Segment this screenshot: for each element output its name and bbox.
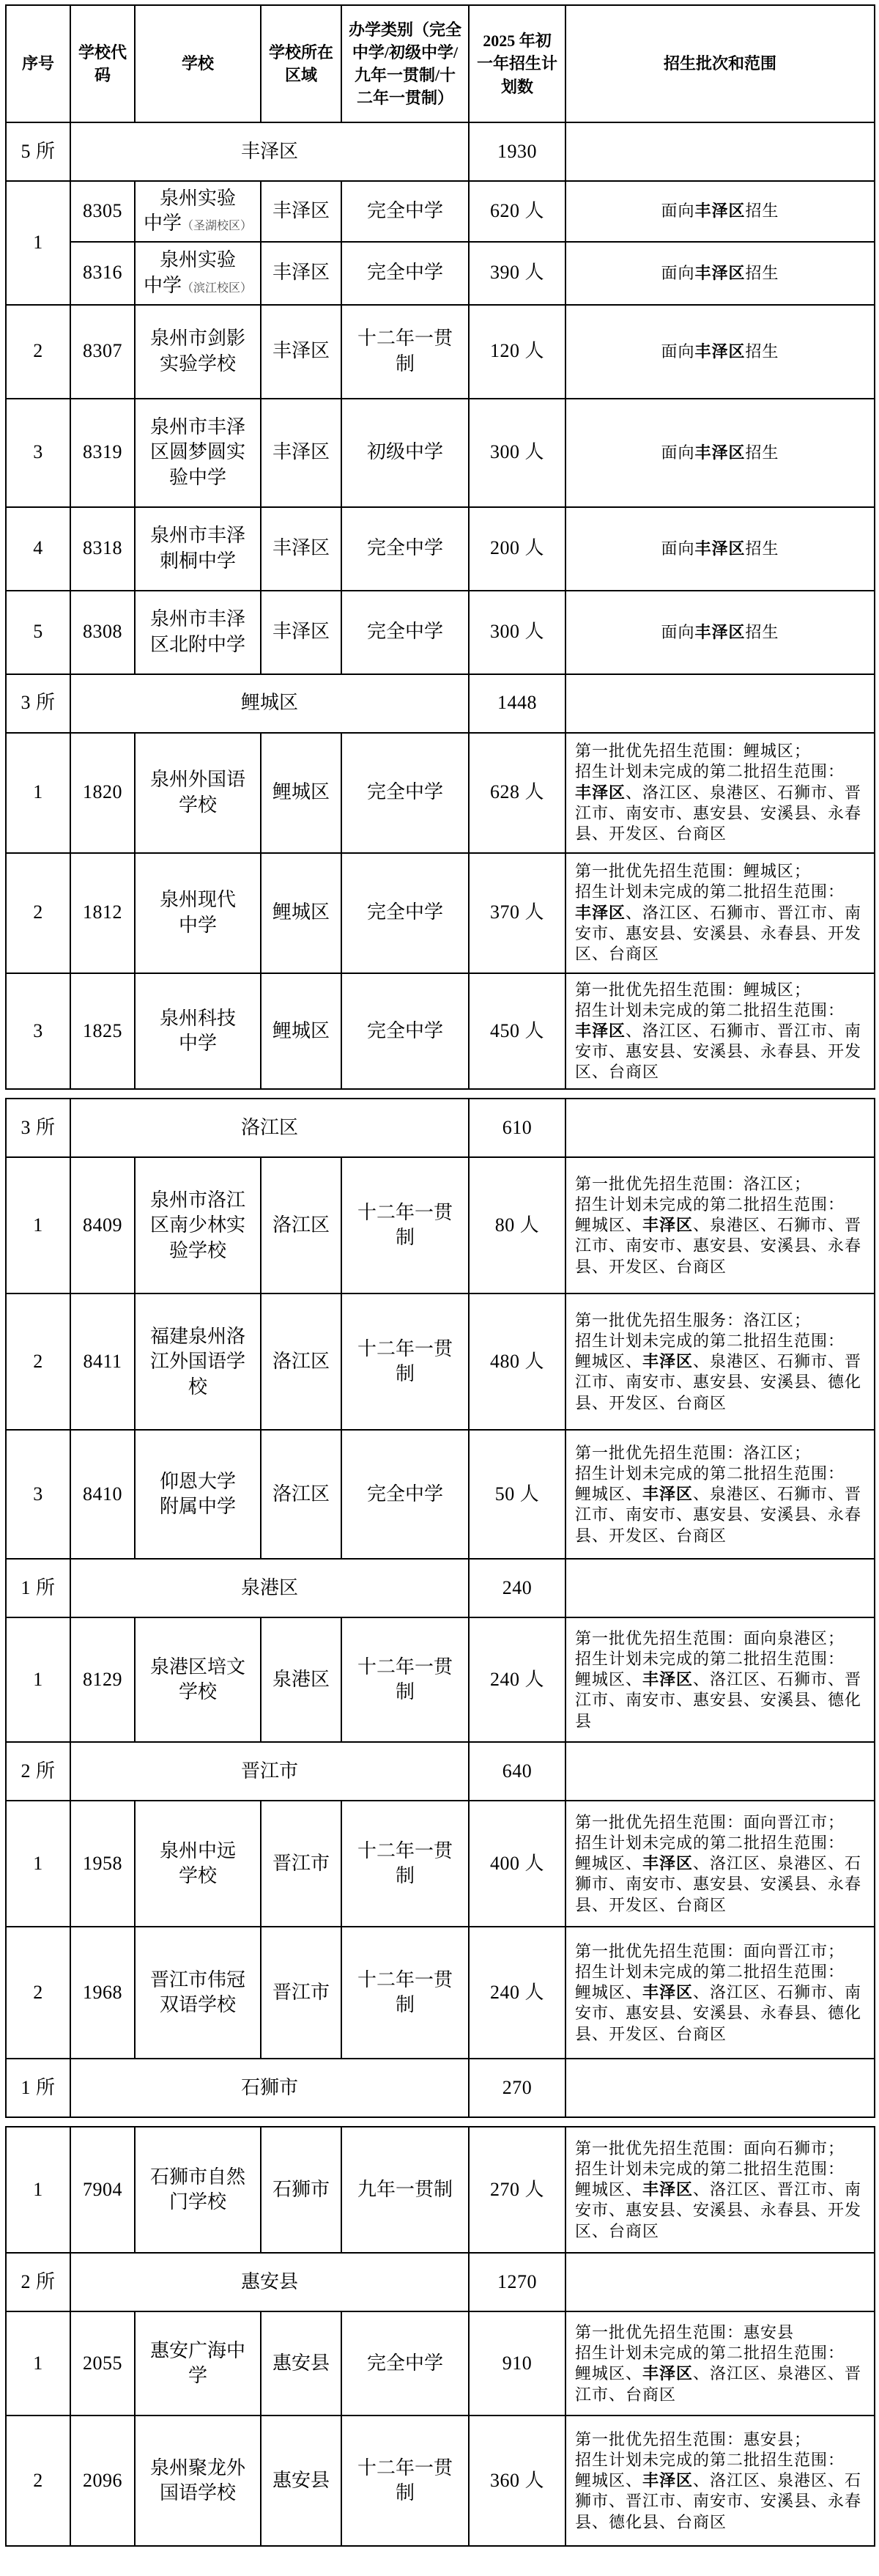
school-code: 1968 — [70, 1927, 135, 2059]
section-total-plan: 240 — [469, 1559, 565, 1617]
school-row: 21812泉州现代 中学鲤城区完全中学370 人第一批优先招生范围：鲤城区； 招… — [6, 853, 875, 973]
school-row: 58308泉州市丰泽 区北附中学丰泽区完全中学300 人面向丰泽区招生 — [6, 591, 875, 674]
school-cell: 泉州科技 中学 — [135, 973, 261, 1090]
school-row: 8316泉州实验 中学（滨江校区）丰泽区完全中学390 人面向丰泽区招生 — [6, 242, 875, 305]
school-region: 丰泽区 — [261, 242, 341, 305]
admission-scope: 第一批优先招生范围：面向晋江市； 招生计划未完成的第二批招生范围： 鲤城区、丰泽… — [565, 1801, 875, 1927]
section-school-count: 2 所 — [6, 1742, 70, 1801]
row-seq: 3 — [6, 973, 70, 1090]
school-region: 惠安县 — [261, 2416, 341, 2546]
row-seq: 4 — [6, 507, 70, 591]
plan-count: 270 人 — [469, 2127, 565, 2253]
school-code: 8409 — [70, 1157, 135, 1293]
school-region: 鲤城区 — [261, 973, 341, 1090]
plan-count: 300 人 — [469, 399, 565, 507]
row-seq: 3 — [6, 399, 70, 507]
section-region: 晋江市 — [70, 1742, 469, 1801]
scope-bold-region: 丰泽区 — [694, 539, 745, 558]
row-seq: 1 — [6, 1157, 70, 1293]
school-name: 泉州科技 中学 — [160, 1008, 236, 1054]
column-header: 招生批次和范围 — [565, 5, 875, 122]
scope-bold-region: 丰泽区 — [694, 443, 745, 462]
school-region: 鲤城区 — [261, 853, 341, 973]
scope-bold-region: 丰泽区 — [642, 1854, 693, 1872]
column-header: 学校所在区域 — [261, 5, 341, 122]
school-cell: 泉州中远 学校 — [135, 1801, 261, 1927]
school-code: 8410 — [70, 1430, 135, 1559]
school-region: 丰泽区 — [261, 399, 341, 507]
school-name: 泉州中远 学校 — [160, 1840, 236, 1886]
school-category: 完全中学 — [341, 507, 469, 591]
school-category: 九年一贯制 — [341, 2127, 469, 2253]
school-row: 38319泉州市丰泽 区圆梦圆实 验中学丰泽区初级中学300 人面向丰泽区招生 — [6, 399, 875, 507]
row-seq: 2 — [6, 853, 70, 973]
admission-scope: 第一批优先招生范围：面向晋江市； 招生计划未完成的第二批招生范围： 鲤城区、丰泽… — [565, 1927, 875, 2059]
plan-count: 200 人 — [469, 507, 565, 591]
admission-scope: 第一批优先招生范围：洛江区； 招生计划未完成的第二批招生范围： 鲤城区、丰泽区、… — [565, 1157, 875, 1293]
section-summary-row: 5 所丰泽区1930 — [6, 122, 875, 181]
school-category: 十二年一贯 制 — [341, 1617, 469, 1742]
section-region: 丰泽区 — [70, 122, 469, 181]
school-region: 丰泽区 — [261, 507, 341, 591]
table-block-3: 17904石狮市自然 门学校石狮市九年一贯制270 人第一批优先招生范围：面向石… — [5, 2126, 875, 2547]
scope-bold-region: 丰泽区 — [642, 2471, 693, 2490]
table-block-2: 3 所洛江区61018409泉州市洛江 区南少林实 验学校洛江区十二年一贯 制8… — [5, 1098, 875, 2118]
stitch-gap — [5, 1090, 879, 1098]
plan-count: 240 人 — [469, 1927, 565, 2059]
scope-bold-region: 丰泽区 — [642, 1485, 693, 1503]
admission-scope: 第一批优先招生范围：面向石狮市； 招生计划未完成的第二批招生范围： 鲤城区、丰泽… — [565, 2127, 875, 2253]
section-school-count: 1 所 — [6, 1559, 70, 1617]
school-name: 仰恩大学 附属中学 — [160, 1471, 236, 1517]
admission-scope: 第一批优先招生范围：鲤城区； 招生计划未完成的第二批招生范围： 丰泽区、洛江区、… — [565, 973, 875, 1090]
school-cell: 泉州市洛江 区南少林实 验学校 — [135, 1157, 261, 1293]
school-cell: 泉州外国语 学校 — [135, 733, 261, 853]
school-cell: 泉州聚龙外 国语学校 — [135, 2416, 261, 2546]
school-cell: 惠安广海中 学 — [135, 2311, 261, 2416]
table-body-3: 17904石狮市自然 门学校石狮市九年一贯制270 人第一批优先招生范围：面向石… — [6, 2127, 875, 2546]
section-school-count: 2 所 — [6, 2253, 70, 2311]
school-code: 2055 — [70, 2311, 135, 2416]
school-cell: 泉州市丰泽 区北附中学 — [135, 591, 261, 674]
school-category: 完全中学 — [341, 181, 469, 242]
admission-scope: 面向丰泽区招生 — [565, 507, 875, 591]
school-campus-note: （圣湖校区） — [182, 220, 252, 232]
school-category: 完全中学 — [341, 733, 469, 853]
school-category: 十二年一贯 制 — [341, 1927, 469, 2059]
plan-count: 300 人 — [469, 591, 565, 674]
school-code: 1958 — [70, 1801, 135, 1927]
section-total-plan: 1270 — [469, 2253, 565, 2311]
row-seq: 1 — [6, 1801, 70, 1927]
school-region: 鲤城区 — [261, 733, 341, 853]
school-name: 晋江市伟冠 双语学校 — [150, 1969, 245, 2015]
scope-bold-region: 丰泽区 — [694, 202, 745, 220]
section-total-plan: 1930 — [469, 122, 565, 181]
plan-count: 120 人 — [469, 305, 565, 399]
table-header: 序号学校代码学校学校所在区域办学类别（完全中学/初级中学/九年一贯制/十二年一贯… — [6, 5, 875, 122]
section-scope-empty — [565, 674, 875, 733]
school-cell: 仰恩大学 附属中学 — [135, 1430, 261, 1559]
plan-count: 370 人 — [469, 853, 565, 973]
school-code: 7904 — [70, 2127, 135, 2253]
school-name: 泉州市丰泽 刺桐中学 — [150, 525, 245, 571]
plan-count: 450 人 — [469, 973, 565, 1090]
admission-scope: 第一批优先招生服务：洛江区； 招生计划未完成的第二批招生范围： 鲤城区、丰泽区、… — [565, 1293, 875, 1430]
plan-count: 360 人 — [469, 2416, 565, 2546]
admission-scope: 第一批优先招生范围：惠安县； 招生计划未完成的第二批招生范围： 鲤城区、丰泽区、… — [565, 2416, 875, 2546]
school-name: 泉州聚龙外 国语学校 — [150, 2457, 245, 2503]
section-school-count: 3 所 — [6, 674, 70, 733]
school-region: 丰泽区 — [261, 591, 341, 674]
school-name: 泉州市丰泽 区北附中学 — [150, 608, 245, 654]
scope-bold-region: 丰泽区 — [694, 342, 745, 361]
plan-count: 240 人 — [469, 1617, 565, 1742]
school-category: 完全中学 — [341, 973, 469, 1090]
scope-bold-region: 丰泽区 — [642, 1670, 693, 1689]
scope-bold-region: 丰泽区 — [575, 783, 626, 802]
row-seq: 1 — [6, 1617, 70, 1742]
admission-scope: 第一批优先招生范围：鲤城区； 招生计划未完成的第二批招生范围： 丰泽区、洛江区、… — [565, 853, 875, 973]
school-cell: 泉州实验 中学（滨江校区） — [135, 242, 261, 305]
school-region: 晋江市 — [261, 1801, 341, 1927]
scope-bold-region: 丰泽区 — [642, 1352, 693, 1370]
school-region: 洛江区 — [261, 1157, 341, 1293]
school-code: 2096 — [70, 2416, 135, 2546]
school-cell: 泉州市剑影 实验学校 — [135, 305, 261, 399]
school-row: 18129泉港区培文 学校泉港区十二年一贯 制240 人第一批优先招生范围：面向… — [6, 1617, 875, 1742]
stitch-gap — [5, 2118, 879, 2126]
row-seq: 1 — [6, 2127, 70, 2253]
section-scope-empty — [565, 2253, 875, 2311]
section-region: 鲤城区 — [70, 674, 469, 733]
section-school-count: 5 所 — [6, 122, 70, 181]
row-seq: 5 — [6, 591, 70, 674]
plan-count: 80 人 — [469, 1157, 565, 1293]
school-code: 8308 — [70, 591, 135, 674]
scope-bold-region: 丰泽区 — [642, 1983, 693, 2001]
row-seq: 2 — [6, 305, 70, 399]
admission-scope: 面向丰泽区招生 — [565, 242, 875, 305]
scope-bold-region: 丰泽区 — [694, 623, 745, 641]
admission-scope: 面向丰泽区招生 — [565, 591, 875, 674]
section-total-plan: 1448 — [469, 674, 565, 733]
section-total-plan: 610 — [469, 1099, 565, 1157]
school-category: 完全中学 — [341, 1430, 469, 1559]
section-summary-row: 1 所泉港区240 — [6, 1559, 875, 1617]
school-row: 17904石狮市自然 门学校石狮市九年一贯制270 人第一批优先招生范围：面向石… — [6, 2127, 875, 2253]
section-school-count: 3 所 — [6, 1099, 70, 1157]
row-seq: 1 — [6, 181, 70, 305]
section-scope-empty — [565, 1099, 875, 1157]
column-header: 2025 年初一年招生计划数 — [469, 5, 565, 122]
section-total-plan: 640 — [469, 1742, 565, 1801]
school-region: 晋江市 — [261, 1927, 341, 2059]
school-row: 38410仰恩大学 附属中学洛江区完全中学50 人第一批优先招生范围：洛江区； … — [6, 1430, 875, 1559]
admission-scope: 面向丰泽区招生 — [565, 399, 875, 507]
school-category: 完全中学 — [341, 591, 469, 674]
school-name: 石狮市自然 门学校 — [150, 2166, 245, 2213]
row-seq: 1 — [6, 733, 70, 853]
section-region: 石狮市 — [70, 2059, 469, 2117]
admission-scope: 第一批优先招生范围：面向泉港区； 招生计划未完成的第二批招生范围： 鲤城区、丰泽… — [565, 1617, 875, 1742]
section-scope-empty — [565, 1742, 875, 1801]
school-row: 48318泉州市丰泽 刺桐中学丰泽区完全中学200 人面向丰泽区招生 — [6, 507, 875, 591]
column-header: 学校 — [135, 5, 261, 122]
school-category: 完全中学 — [341, 2311, 469, 2416]
school-name: 泉州市丰泽 区圆梦圆实 验中学 — [150, 416, 245, 488]
plan-count: 400 人 — [469, 1801, 565, 1927]
section-region: 惠安县 — [70, 2253, 469, 2311]
table-body-2: 3 所洛江区61018409泉州市洛江 区南少林实 验学校洛江区十二年一贯 制8… — [6, 1099, 875, 2117]
school-code: 8318 — [70, 507, 135, 591]
school-row: 18409泉州市洛江 区南少林实 验学校洛江区十二年一贯 制80 人第一批优先招… — [6, 1157, 875, 1293]
section-summary-row: 3 所洛江区610 — [6, 1099, 875, 1157]
school-cell: 泉州市丰泽 区圆梦圆实 验中学 — [135, 399, 261, 507]
plan-count: 390 人 — [469, 242, 565, 305]
school-code: 1825 — [70, 973, 135, 1090]
school-category: 十二年一贯 制 — [341, 305, 469, 399]
plan-count: 620 人 — [469, 181, 565, 242]
school-name: 泉州外国语 学校 — [150, 769, 245, 815]
table-block-1: 序号学校代码学校学校所在区域办学类别（完全中学/初级中学/九年一贯制/十二年一贯… — [5, 4, 875, 1090]
school-code: 1812 — [70, 853, 135, 973]
admission-scope: 面向丰泽区招生 — [565, 181, 875, 242]
admission-scope: 第一批优先招生范围：洛江区； 招生计划未完成的第二批招生范围： 鲤城区、丰泽区、… — [565, 1430, 875, 1559]
school-name: 泉港区培文 学校 — [150, 1656, 245, 1702]
school-region: 泉港区 — [261, 1617, 341, 1742]
school-campus-note: （滨江校区） — [182, 282, 252, 295]
admission-scope: 面向丰泽区招生 — [565, 305, 875, 399]
school-name: 惠安广海中 学 — [150, 2340, 245, 2386]
school-row: 18305泉州实验 中学（圣湖校区）丰泽区完全中学620 人面向丰泽区招生 — [6, 181, 875, 242]
school-category: 十二年一贯 制 — [341, 1293, 469, 1430]
school-row: 28411福建泉州洛 江外国语学 校洛江区十二年一贯 制480 人第一批优先招生… — [6, 1293, 875, 1430]
row-seq: 2 — [6, 1293, 70, 1430]
school-region: 石狮市 — [261, 2127, 341, 2253]
school-code: 8319 — [70, 399, 135, 507]
school-name: 福建泉州洛 江外国语学 校 — [150, 1326, 245, 1398]
school-cell: 泉州实验 中学（圣湖校区） — [135, 181, 261, 242]
section-region: 泉港区 — [70, 1559, 469, 1617]
enrollment-plan-document: 序号学校代码学校学校所在区域办学类别（完全中学/初级中学/九年一贯制/十二年一贯… — [0, 0, 879, 2576]
row-seq: 3 — [6, 1430, 70, 1559]
section-scope-empty — [565, 2059, 875, 2117]
school-cell: 泉州现代 中学 — [135, 853, 261, 973]
row-seq: 2 — [6, 1927, 70, 2059]
column-header: 学校代码 — [70, 5, 135, 122]
section-total-plan: 270 — [469, 2059, 565, 2117]
school-category: 十二年一贯 制 — [341, 1157, 469, 1293]
school-cell: 石狮市自然 门学校 — [135, 2127, 261, 2253]
section-school-count: 1 所 — [6, 2059, 70, 2117]
plan-count: 910 — [469, 2311, 565, 2416]
scope-bold-region: 丰泽区 — [575, 904, 626, 922]
plan-count: 50 人 — [469, 1430, 565, 1559]
column-header: 办学类别（完全中学/初级中学/九年一贯制/十二年一贯制） — [341, 5, 469, 122]
scope-bold-region: 丰泽区 — [642, 2180, 693, 2199]
scope-bold-region: 丰泽区 — [575, 1022, 626, 1040]
school-row: 12055惠安广海中 学惠安县完全中学910第一批优先招生范围：惠安县 招生计划… — [6, 2311, 875, 2416]
admission-scope: 第一批优先招生范围：鲤城区； 招生计划未完成的第二批招生范围： 丰泽区、洛江区、… — [565, 733, 875, 853]
school-region: 丰泽区 — [261, 305, 341, 399]
row-seq: 1 — [6, 2311, 70, 2416]
school-code: 1820 — [70, 733, 135, 853]
section-summary-row: 2 所惠安县1270 — [6, 2253, 875, 2311]
school-row: 11820泉州外国语 学校鲤城区完全中学628 人第一批优先招生范围：鲤城区； … — [6, 733, 875, 853]
column-header: 序号 — [6, 5, 70, 122]
plan-count: 480 人 — [469, 1293, 565, 1430]
school-name: 泉州市剑影 实验学校 — [150, 328, 245, 374]
scope-bold-region: 丰泽区 — [642, 2364, 693, 2383]
scope-bold-region: 丰泽区 — [642, 1216, 693, 1234]
school-category: 十二年一贯 制 — [341, 1801, 469, 1927]
school-region: 惠安县 — [261, 2311, 341, 2416]
plan-count: 628 人 — [469, 733, 565, 853]
school-category: 十二年一贯 制 — [341, 2416, 469, 2546]
school-code: 8129 — [70, 1617, 135, 1742]
school-cell: 泉州市丰泽 刺桐中学 — [135, 507, 261, 591]
school-row: 22096泉州聚龙外 国语学校惠安县十二年一贯 制360 人第一批优先招生范围：… — [6, 2416, 875, 2546]
school-code: 8307 — [70, 305, 135, 399]
section-summary-row: 1 所石狮市270 — [6, 2059, 875, 2117]
school-row: 28307泉州市剑影 实验学校丰泽区十二年一贯 制120 人面向丰泽区招生 — [6, 305, 875, 399]
section-region: 洛江区 — [70, 1099, 469, 1157]
school-cell: 福建泉州洛 江外国语学 校 — [135, 1293, 261, 1430]
school-name: 泉州现代 中学 — [160, 889, 236, 935]
school-cell: 泉港区培文 学校 — [135, 1617, 261, 1742]
school-name: 泉州市洛江 区南少林实 验学校 — [150, 1189, 245, 1261]
school-region: 洛江区 — [261, 1430, 341, 1559]
school-code: 8305 — [70, 181, 135, 242]
school-region: 洛江区 — [261, 1293, 341, 1430]
header-row: 序号学校代码学校学校所在区域办学类别（完全中学/初级中学/九年一贯制/十二年一贯… — [6, 5, 875, 122]
school-code: 8316 — [70, 242, 135, 305]
school-row: 11958泉州中远 学校晋江市十二年一贯 制400 人第一批优先招生范围：面向晋… — [6, 1801, 875, 1927]
section-scope-empty — [565, 1559, 875, 1617]
school-cell: 晋江市伟冠 双语学校 — [135, 1927, 261, 2059]
school-region: 丰泽区 — [261, 181, 341, 242]
school-row: 21968晋江市伟冠 双语学校晋江市十二年一贯 制240 人第一批优先招生范围：… — [6, 1927, 875, 2059]
school-code: 8411 — [70, 1293, 135, 1430]
admission-scope: 第一批优先招生范围：惠安县 招生计划未完成的第二批招生范围： 鲤城区、丰泽区、洛… — [565, 2311, 875, 2416]
table-body-1: 5 所丰泽区193018305泉州实验 中学（圣湖校区）丰泽区完全中学620 人… — [6, 122, 875, 1089]
school-category: 初级中学 — [341, 399, 469, 507]
school-category: 完全中学 — [341, 853, 469, 973]
section-summary-row: 2 所晋江市640 — [6, 1742, 875, 1801]
school-row: 31825泉州科技 中学鲤城区完全中学450 人第一批优先招生范围：鲤城区； 招… — [6, 973, 875, 1090]
section-scope-empty — [565, 122, 875, 181]
school-category: 完全中学 — [341, 242, 469, 305]
section-summary-row: 3 所鲤城区1448 — [6, 674, 875, 733]
row-seq: 2 — [6, 2416, 70, 2546]
scope-bold-region: 丰泽区 — [694, 264, 745, 282]
